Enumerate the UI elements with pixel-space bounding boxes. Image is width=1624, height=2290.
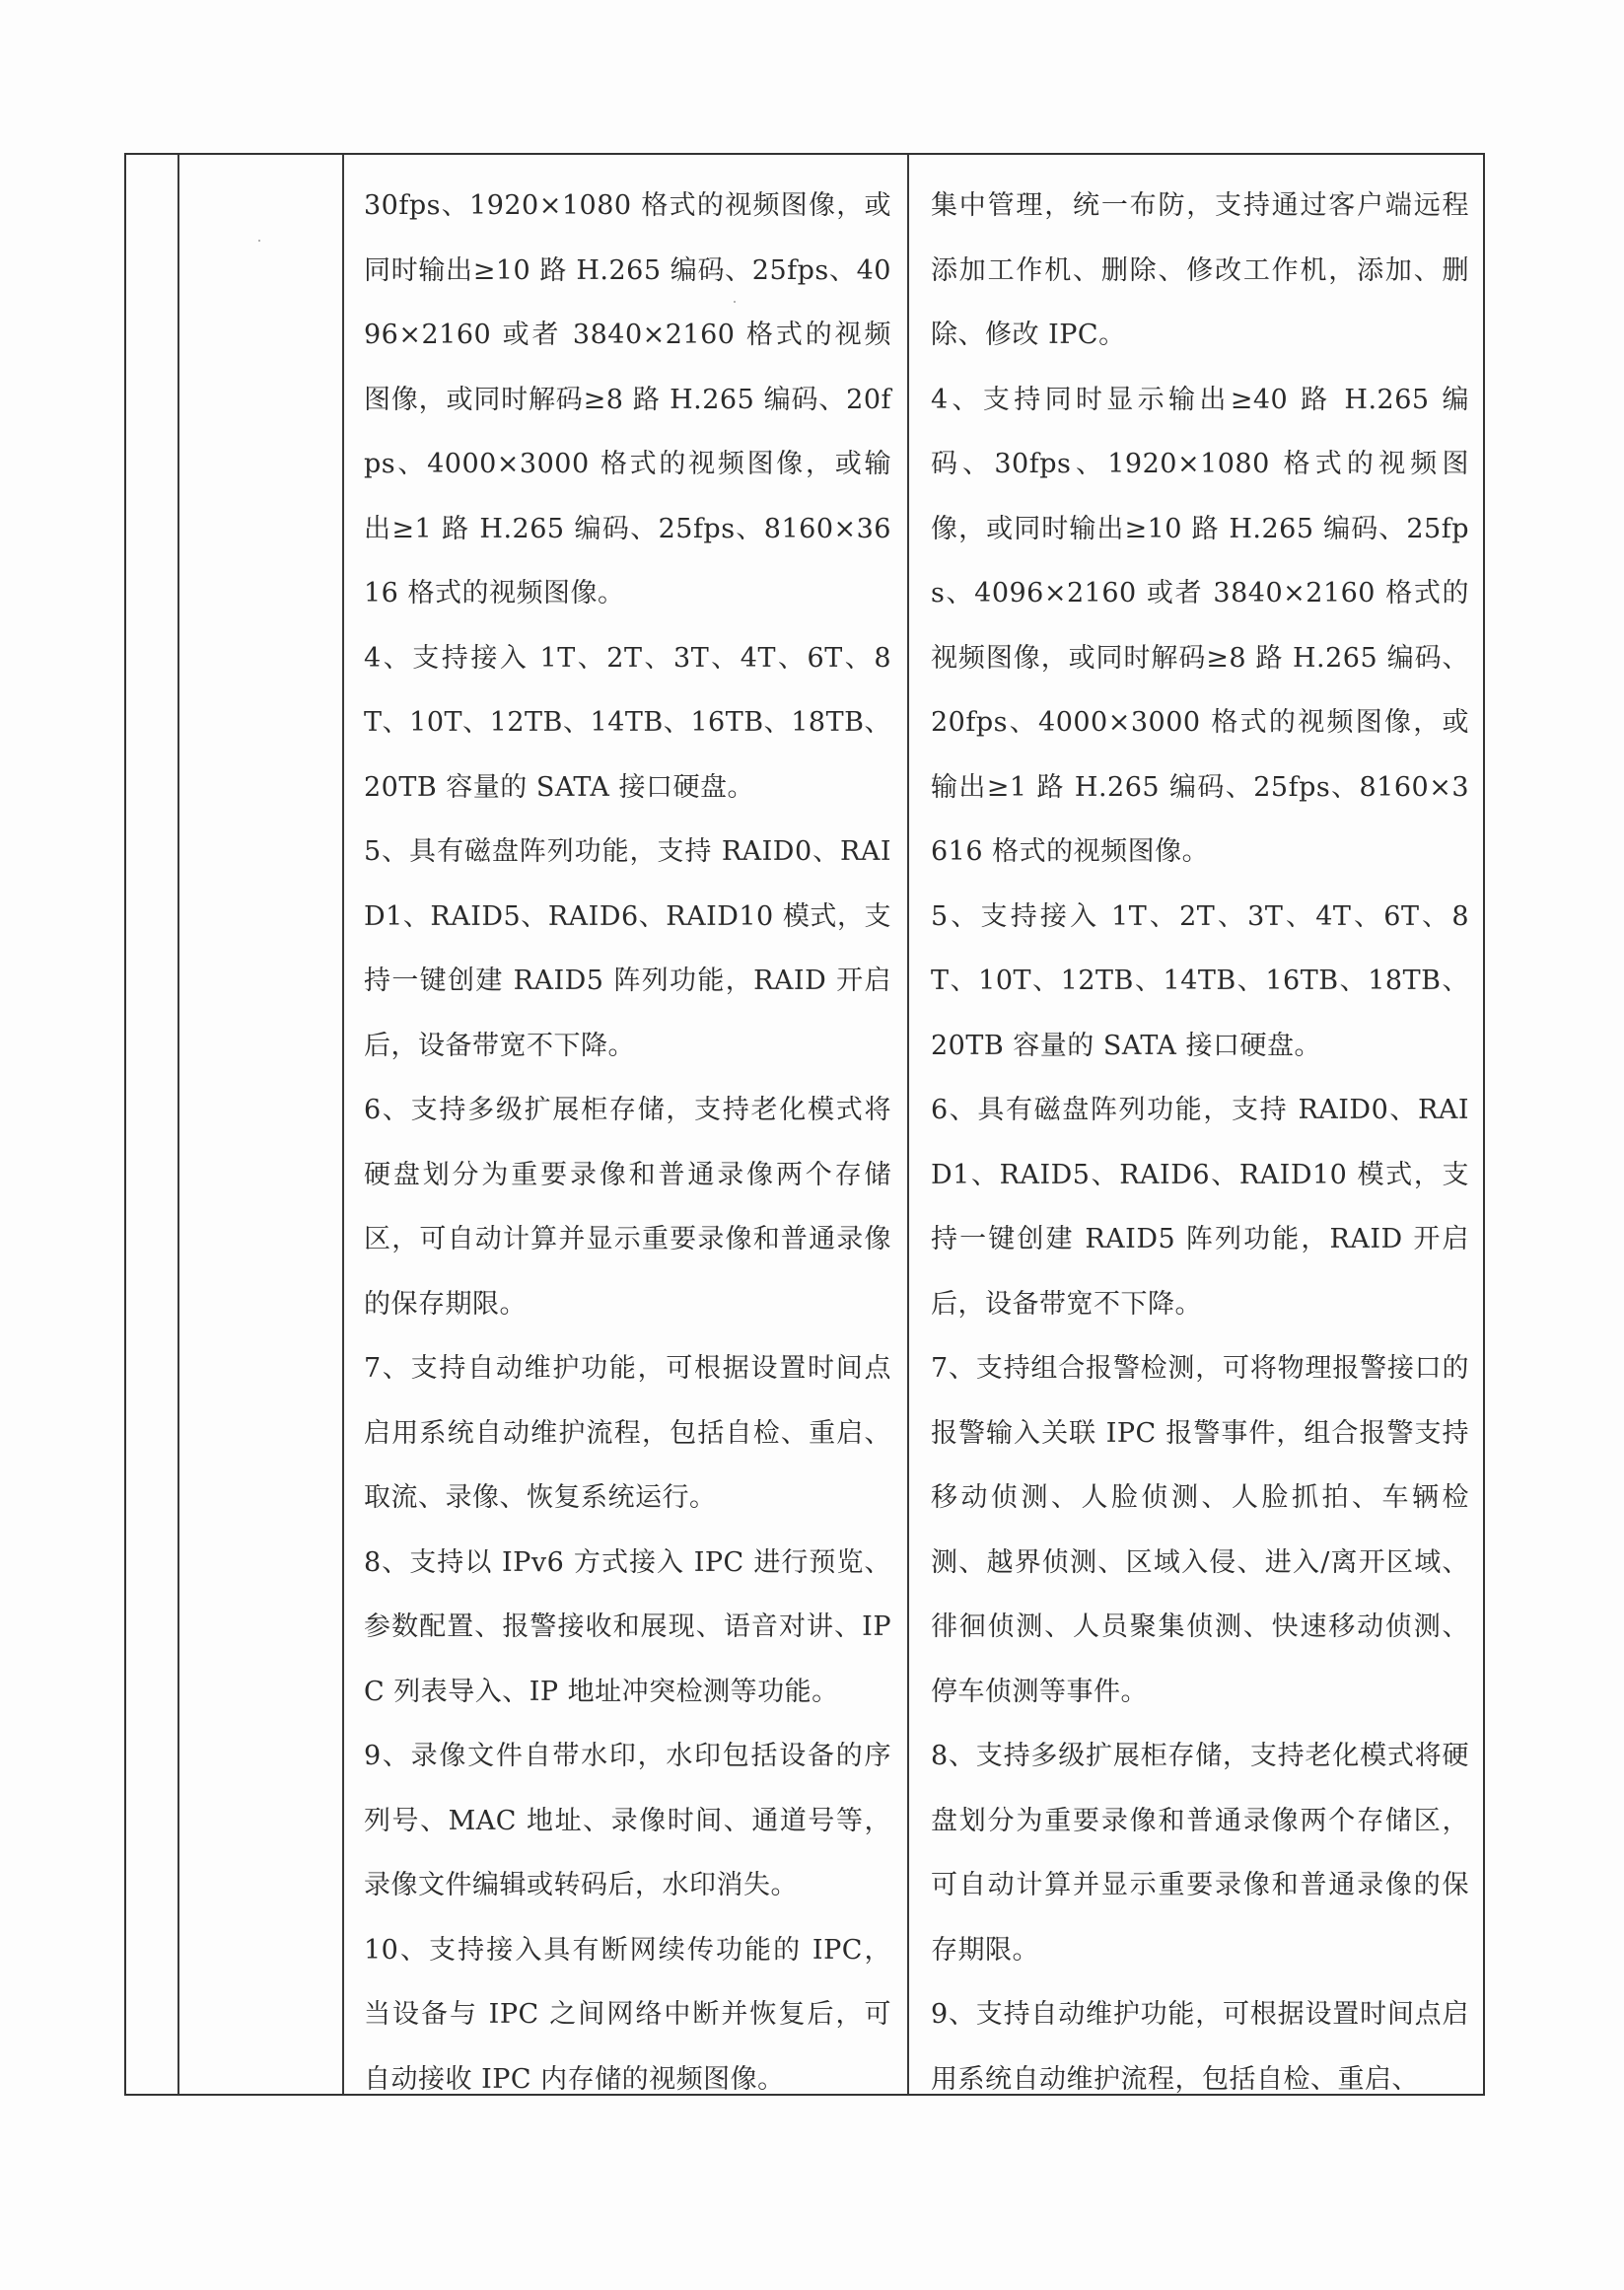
required-spec-paragraph: 8、支持以 IPv6 方式接入 IPC 进行预览、参数配置、报警接收和展现、语音… xyxy=(364,1531,891,1725)
required-spec-paragraph: 10、支持接入具有断网续传功能的 IPC，当设备与 IPC 之间网络中断并恢复后… xyxy=(364,1918,891,2112)
offered-spec-paragraph: 8、支持多级扩展柜存储，支持老化模式将硬盘划分为重要录像和普通录像两个存储区，可… xyxy=(931,1724,1469,1982)
offered-spec-paragraph: 9、支持自动维护功能，可根据设置时间点启用系统自动维护流程，包括自检、重启、 xyxy=(931,1982,1469,2111)
offered-spec-cell: 集中管理，统一布防，支持通过客户端远程添加工作机、删除、修改工作机，添加、删除、… xyxy=(909,155,1483,2111)
required-spec-cell: 30fps、1920×1080 格式的视频图像，或同时输出≥10 路 H.265… xyxy=(344,155,907,2111)
offered-spec-paragraph: 6、具有磁盘阵列功能，支持 RAID0、RAID1、RAID5、RAID6、RA… xyxy=(931,1078,1469,1336)
offered-spec-paragraph: 集中管理，统一布防，支持通过客户端远程添加工作机、删除、修改工作机，添加、删除、… xyxy=(931,174,1469,368)
required-spec-paragraph: 5、具有磁盘阵列功能，支持 RAID0、RAID1、RAID5、RAID6、RA… xyxy=(364,820,891,1078)
offered-spec-paragraph: 5、支持接入 1T、2T、3T、4T、6T、8T、10T、12TB、14TB、1… xyxy=(931,885,1469,1079)
required-spec-paragraph: 4、支持接入 1T、2T、3T、4T、6T、8T、10T、12TB、14TB、1… xyxy=(364,626,891,821)
item-name-column xyxy=(179,155,344,2094)
required-spec-paragraph: 6、支持多级扩展柜存储，支持老化模式将硬盘划分为重要录像和普通录像两个存储区，可… xyxy=(364,1078,891,1336)
required-spec-column: 30fps、1920×1080 格式的视频图像，或同时输出≥10 路 H.265… xyxy=(344,155,909,2094)
required-spec-paragraph: 7、支持自动维护功能，可根据设置时间点启用系统自动维护流程，包括自检、重启、取流… xyxy=(364,1336,891,1531)
index-column xyxy=(126,155,179,2094)
item-name-cell xyxy=(179,155,342,174)
required-spec-paragraph: 9、录像文件自带水印，水印包括设备的序列号、MAC 地址、录像时间、通道号等，录… xyxy=(364,1724,891,1918)
offered-spec-paragraph: 7、支持组合报警检测，可将物理报警接口的报警输入关联 IPC 报警事件，组合报警… xyxy=(931,1336,1469,1724)
required-spec-paragraph: 30fps、1920×1080 格式的视频图像，或同时输出≥10 路 H.265… xyxy=(364,174,891,626)
offered-spec-paragraph: 4、支持同时显示输出≥40 路 H.265 编码、30fps、1920×1080… xyxy=(931,368,1469,885)
spec-table: 30fps、1920×1080 格式的视频图像，或同时输出≥10 路 H.265… xyxy=(124,153,1485,2096)
index-cell xyxy=(126,155,177,174)
offered-spec-column: 集中管理，统一布防，支持通过客户端远程添加工作机、删除、修改工作机，添加、删除、… xyxy=(909,155,1483,2094)
document-page: 30fps、1920×1080 格式的视频图像，或同时输出≥10 路 H.265… xyxy=(0,0,1624,2290)
